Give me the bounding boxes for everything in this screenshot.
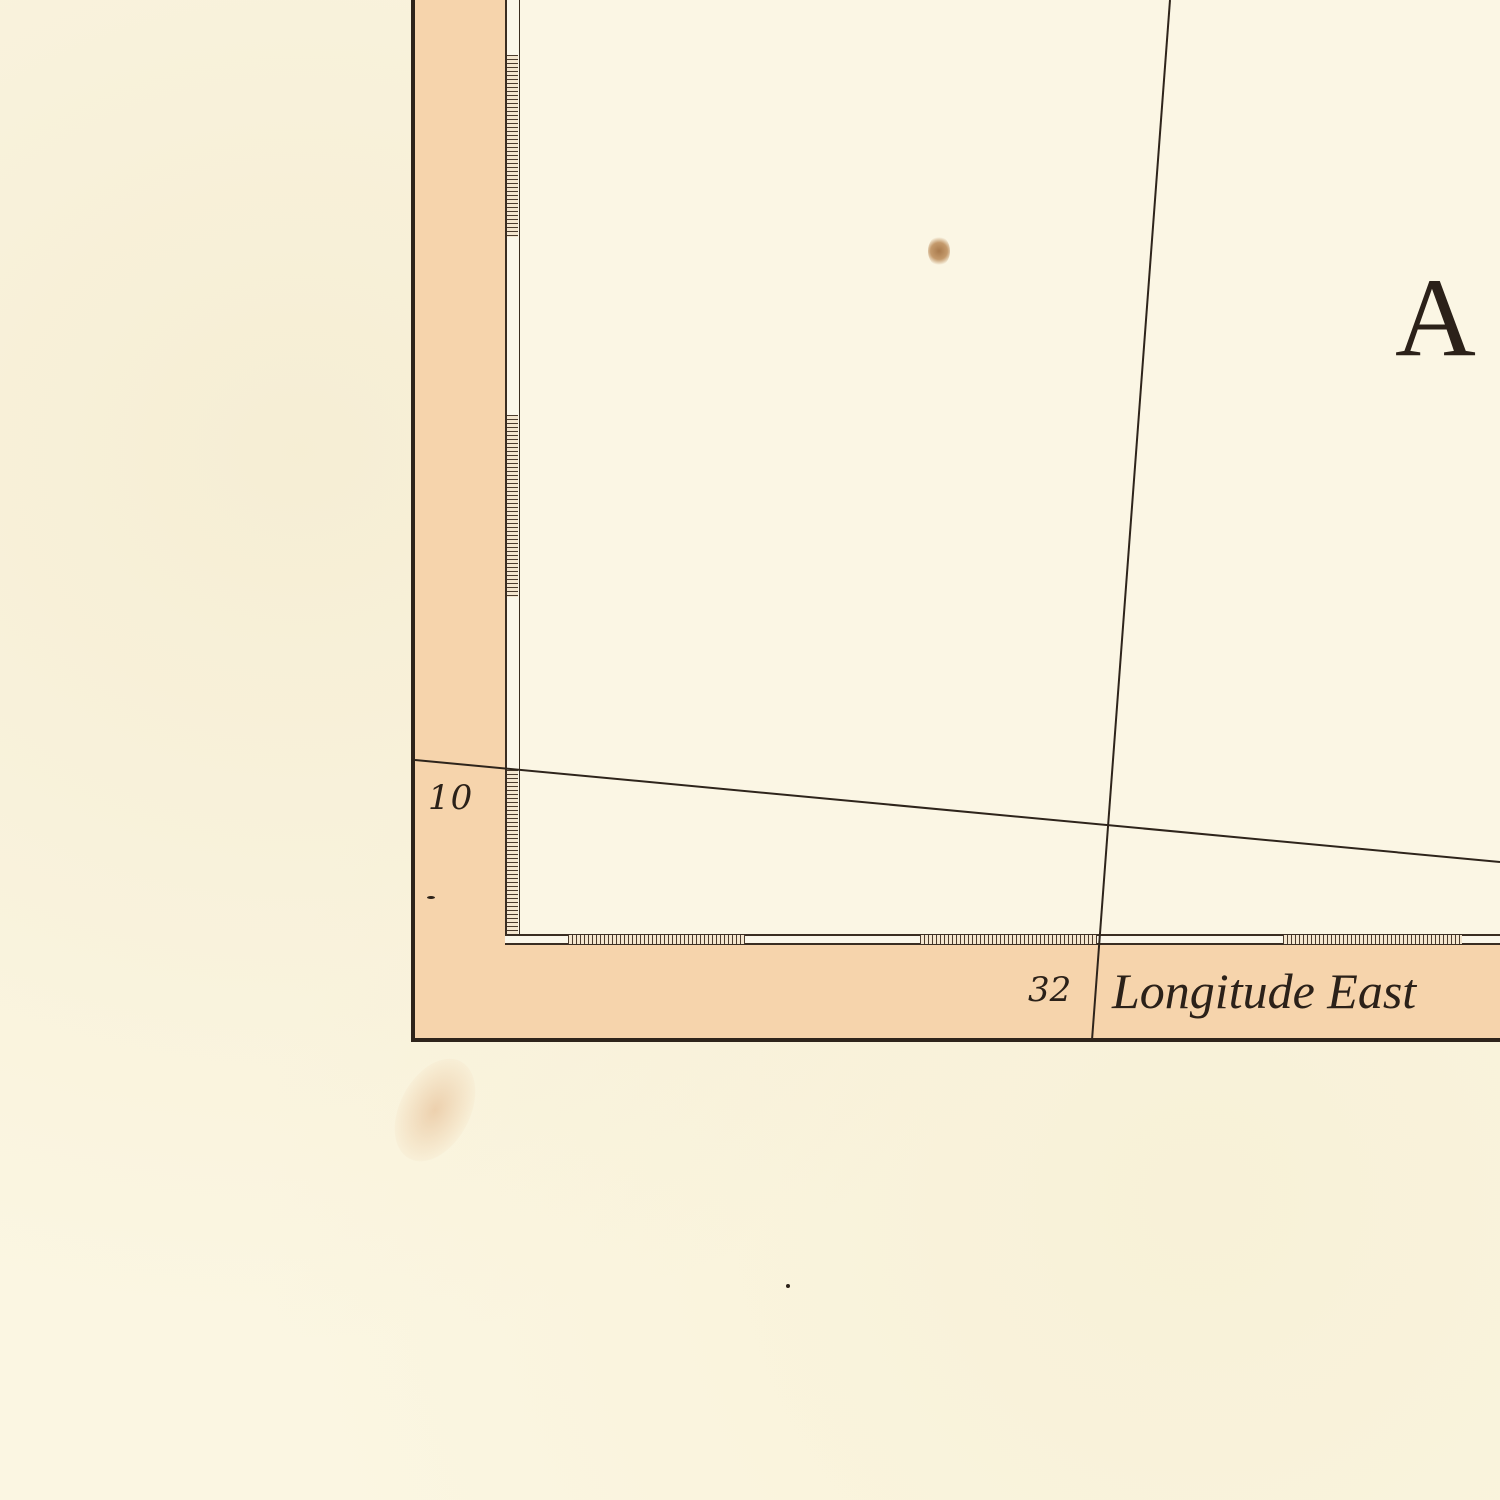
latitude-tick-label: 10	[428, 778, 473, 818]
longitude-scale-hatched-segment	[1283, 935, 1462, 944]
longitude-scale-hatched-segment	[920, 935, 1097, 944]
ink-speck	[786, 1284, 790, 1288]
latitude-scale-hatched-segment	[507, 770, 518, 938]
foxing-stain	[928, 236, 950, 266]
map-plate-area	[518, 0, 1500, 937]
ink-speck	[427, 896, 435, 899]
region-name-fragment: A	[1395, 262, 1476, 374]
longitude-scale-hatched-segment	[568, 935, 745, 944]
latitude-scale-hatched-segment	[507, 55, 518, 237]
longitude-axis-title: Longitude East	[1112, 962, 1416, 1020]
latitude-scale-hatched-segment	[507, 415, 518, 597]
longitude-tick-label: 32	[1028, 970, 1071, 1010]
